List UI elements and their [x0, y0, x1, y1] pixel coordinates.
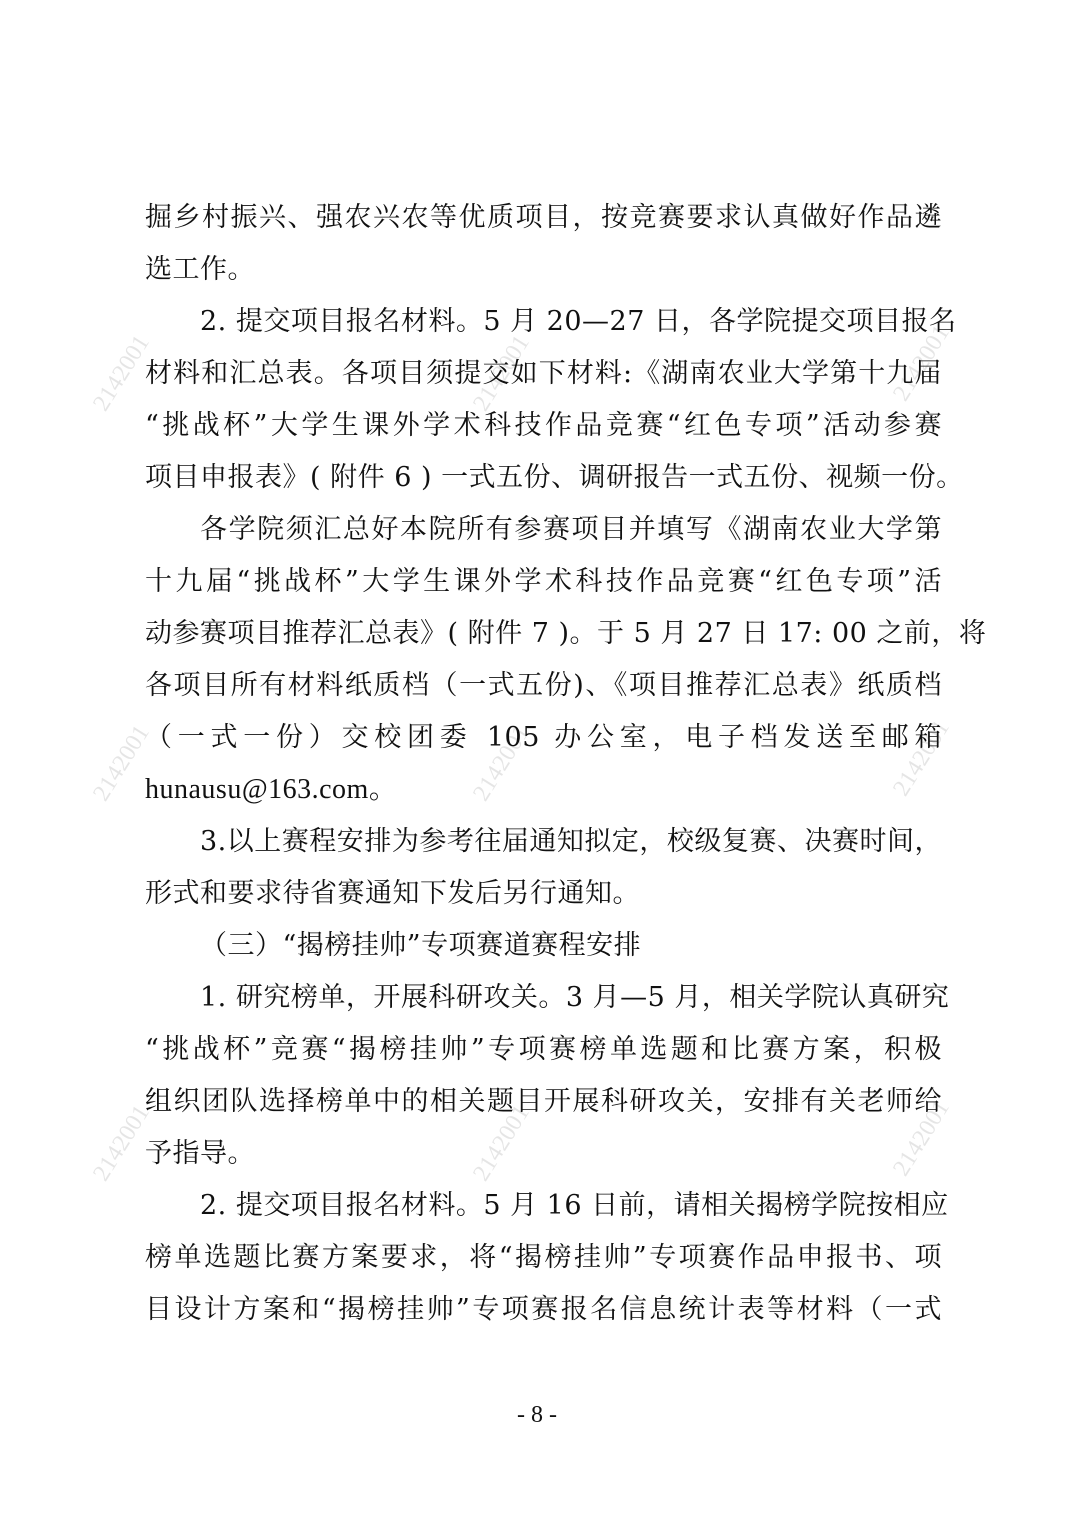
text-line: 材料和汇总表。各项目须提交如下材料:《湖南农业大学第十九届: [145, 358, 942, 390]
paragraph-start: 3.以上赛程安排为参考往届通知拟定，校级复赛、决赛时间，: [200, 826, 942, 858]
paragraph-start: 各学院须汇总好本院所有参赛项目并填写《湖南农业大学第: [200, 514, 942, 546]
text-line: 榜单选题比赛方案要求，将“揭榜挂帅”专项赛作品申报书、项: [145, 1242, 942, 1274]
text-line: “挑战杯”竞赛“揭榜挂帅”专项赛榜单选题和比赛方案，积极: [145, 1034, 942, 1066]
text-line: “挑战杯”大学生课外学术科技作品竞赛“红色专项”活动参赛: [145, 410, 942, 442]
text-line: 予指导。: [145, 1138, 942, 1170]
paragraph-start: 2. 提交项目报名材料。5 月 16 日前，请相关揭榜学院按相应: [200, 1190, 942, 1222]
text-line: 目设计方案和“揭榜挂帅”专项赛报名信息统计表等材料（一式: [145, 1294, 942, 1326]
paragraph-start: 2. 提交项目报名材料。5 月 20—27 日，各学院提交项目报名: [200, 306, 942, 338]
text-line: （一式一份）交校团委 105 办公室，电子档发送至邮箱: [145, 722, 942, 754]
text-line: 形式和要求待省赛通知下发后另行通知。: [145, 878, 942, 910]
text-line: 掘乡村振兴、强农兴农等优质项目，按竞赛要求认真做好作品遴: [145, 202, 942, 234]
page-number: - 8 -: [0, 1402, 1074, 1429]
section-heading: （三）“揭榜挂帅”专项赛道赛程安排: [200, 930, 942, 962]
text-line: 动参赛项目推荐汇总表》( 附件 7 )。于 5 月 27 日 17: 00 之前…: [145, 618, 942, 650]
email-link[interactable]: hunausu@163.com。: [145, 774, 942, 806]
text-line: 组织团队选择榜单中的相关题目开展科研攻关，安排有关老师给: [145, 1086, 942, 1118]
text-line: 十九届“挑战杯”大学生课外学术科技作品竞赛“红色专项”活: [145, 566, 942, 598]
paragraph-start: 1. 研究榜单，开展科研攻关。3 月—5 月，相关学院认真研究: [200, 982, 942, 1014]
text-line: 各项目所有材料纸质档（一式五份)、《项目推荐汇总表》纸质档: [145, 670, 942, 702]
document-page: 2142001 2142001 2142001 2142001 2142001 …: [0, 0, 1074, 1520]
text-line: 项目申报表》( 附件 6 ) 一式五份、调研报告一式五份、视频一份。: [145, 462, 942, 494]
text-line: 选工作。: [145, 254, 942, 286]
